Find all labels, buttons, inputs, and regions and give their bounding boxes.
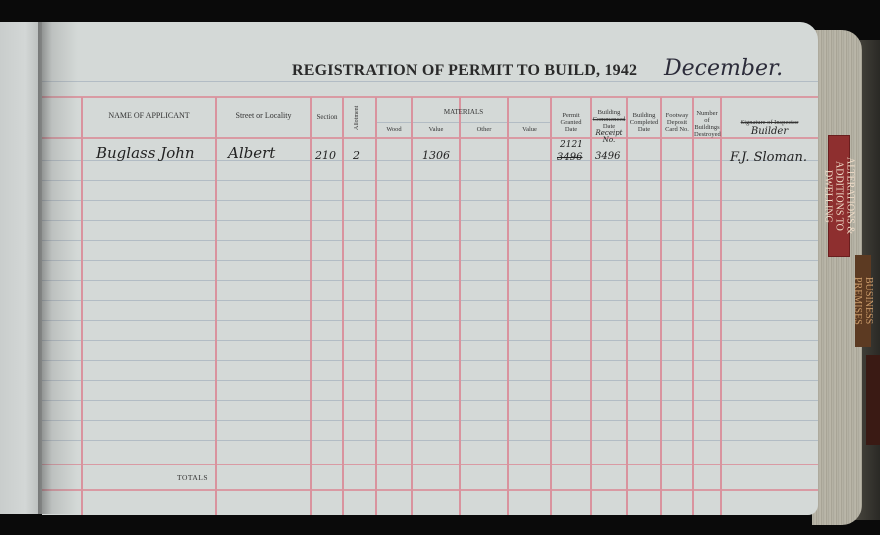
cell-applicant-name: Buglass John xyxy=(96,144,195,162)
index-tab-label: BUSINESS PREMISES xyxy=(852,255,874,347)
column-rule xyxy=(375,97,377,515)
row-rule xyxy=(42,440,818,441)
index-tab-label: ALTERATIONS & ADDITIONS TO DWELLING xyxy=(823,136,856,256)
header-footway-deposit: Footway Deposit Card No. xyxy=(662,112,692,133)
header-section: Section xyxy=(312,114,342,121)
ledger-page: 88. REGISTRATION OF PERMIT TO BUILD, 194… xyxy=(42,22,818,515)
header-street-or-locality: Street or Locality xyxy=(217,112,310,119)
header-building-commenced: Building Commenced Date Receipt No. xyxy=(592,109,626,144)
totals-bottom-rule xyxy=(42,489,818,491)
header-top-rule xyxy=(42,96,818,98)
row-rule xyxy=(42,380,818,381)
page-title: REGISTRATION OF PERMIT TO BUILD, 1942 xyxy=(292,62,637,80)
header-value-other: Value xyxy=(509,126,550,133)
header-allotment: Allotment xyxy=(354,102,361,134)
title-month-handwritten: December. xyxy=(664,56,783,81)
column-rule xyxy=(692,97,694,515)
header-name-of-applicant: NAME OF APPLICANT xyxy=(83,112,215,119)
column-rule xyxy=(590,97,592,515)
header-other: Other xyxy=(461,126,507,133)
header-building-completed-date: Building Completed Date xyxy=(628,112,660,133)
header-signature-struck: Signature of Inspector xyxy=(722,119,817,126)
header-commenced-struck: Commenced xyxy=(592,116,626,123)
row-rule xyxy=(42,200,818,201)
page-number: 88. xyxy=(817,24,818,40)
row-rule xyxy=(42,180,818,181)
row-rule xyxy=(42,300,818,301)
cell-value: 1306 xyxy=(422,149,450,162)
rule-top xyxy=(42,81,818,82)
header-wood: Wood xyxy=(377,126,411,133)
column-rule xyxy=(550,97,552,515)
header-permit-granted-date: Permit Granted Date xyxy=(554,112,588,133)
column-rule xyxy=(459,97,461,515)
header-receipt-no-handwritten: Receipt No. xyxy=(592,130,626,144)
column-rule xyxy=(507,97,509,515)
index-tab-third[interactable] xyxy=(866,355,880,445)
row-rule xyxy=(42,280,818,281)
cell-permit-granted-top: 2121 xyxy=(560,140,583,150)
column-rule xyxy=(660,97,662,515)
header-builder-handwritten: Builder xyxy=(722,128,817,135)
cell-builder: F.J. Sloman. xyxy=(730,150,807,165)
column-rule xyxy=(626,97,628,515)
row-rule xyxy=(42,260,818,261)
row-rule xyxy=(42,340,818,341)
column-rule xyxy=(215,97,217,515)
totals-label: TOTALS xyxy=(177,473,208,482)
column-rule xyxy=(720,97,722,515)
materials-subrule xyxy=(376,122,551,123)
cell-street: Albert xyxy=(228,144,275,162)
header-buildings-destroyed: Number of Buildings Destroyed xyxy=(694,110,720,138)
row-rule xyxy=(42,360,818,361)
cell-allotment: 2 xyxy=(353,149,360,162)
cell-permit-granted-struck: 3496 xyxy=(557,152,582,163)
index-tab-alterations[interactable]: ALTERATIONS & ADDITIONS TO DWELLING xyxy=(828,135,850,257)
row-rule xyxy=(42,420,818,421)
row-rule xyxy=(42,400,818,401)
header-materials: MATERIALS xyxy=(377,109,550,116)
cell-section: 210 xyxy=(315,149,336,162)
index-tab-business-premises[interactable]: BUSINESS PREMISES xyxy=(855,255,871,347)
column-rule xyxy=(310,97,312,515)
column-rule xyxy=(81,97,83,515)
cell-receipt-no: 3496 xyxy=(595,151,620,162)
row-rule xyxy=(42,220,818,221)
row-rule xyxy=(42,320,818,321)
header-value: Value xyxy=(413,126,459,133)
row-rule xyxy=(42,240,818,241)
column-rule xyxy=(411,97,413,515)
header-building-label: Building xyxy=(592,109,626,116)
totals-top-rule xyxy=(42,464,818,465)
left-facing-page xyxy=(0,22,42,514)
column-rule xyxy=(342,97,344,515)
header-signature: Signature of Inspector Builder xyxy=(722,119,817,135)
